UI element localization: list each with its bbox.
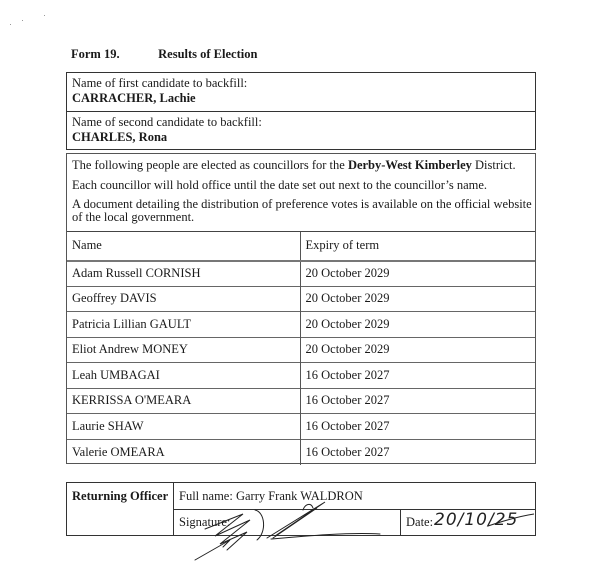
backfill-candidates-box: Name of first candidate to backfill: CAR… (66, 72, 536, 150)
second-backfill-candidate: Name of second candidate to backfill: CH… (67, 111, 535, 149)
councillor-name: KERRISSA O'MEARA (67, 388, 300, 414)
returning-officer-label: Returning Officer (67, 483, 174, 535)
first-backfill-candidate: Name of first candidate to backfill: CAR… (67, 73, 535, 111)
signature-scribble-icon (175, 492, 395, 562)
expiry-date: 20 October 2029 (300, 261, 535, 287)
table-row: Valerie OMEARA16 October 2027 (67, 439, 535, 465)
councillor-name: Laurie SHAW (67, 414, 300, 440)
councillor-name: Geoffrey DAVIS (67, 286, 300, 312)
councillor-name: Valerie OMEARA (67, 439, 300, 465)
councillor-name: Patricia Lillian GAULT (67, 312, 300, 338)
councillor-name: Leah UMBAGAI (67, 363, 300, 389)
scan-speck (22, 20, 23, 21)
district-name: Derby-West Kimberley (348, 158, 472, 172)
table-row: Laurie SHAW16 October 2027 (67, 414, 535, 440)
expiry-date: 20 October 2029 (300, 312, 535, 338)
intro-line-2: Each councillor will hold office until t… (72, 178, 535, 193)
first-candidate-name: CARRACHER, Lachie (72, 91, 535, 106)
date-label: Date: (406, 515, 433, 529)
results-intro: The following people are elected as coun… (67, 154, 535, 231)
expiry-date: 20 October 2029 (300, 286, 535, 312)
header-expiry: Expiry of term (300, 232, 535, 261)
table-header-row: Name Expiry of term (67, 232, 535, 261)
expiry-date: 20 October 2029 (300, 337, 535, 363)
table-row: Leah UMBAGAI16 October 2027 (67, 363, 535, 389)
expiry-date: 16 October 2027 (300, 363, 535, 389)
expiry-date: 16 October 2027 (300, 388, 535, 414)
form-header: Form 19. Results of Election (71, 47, 257, 62)
second-candidate-label: Name of second candidate to backfill: (72, 115, 535, 130)
second-candidate-name: CHARLES, Rona (72, 130, 535, 145)
councillor-name: Adam Russell CORNISH (67, 261, 300, 287)
election-results-box: The following people are elected as coun… (66, 153, 536, 464)
form-number: Form 19. (71, 47, 155, 62)
date-flourish-icon (486, 508, 536, 532)
table-row: Geoffrey DAVIS20 October 2029 (67, 286, 535, 312)
expiry-date: 16 October 2027 (300, 414, 535, 440)
first-candidate-label: Name of first candidate to backfill: (72, 76, 535, 91)
header-name: Name (67, 232, 300, 261)
intro-line-1: The following people are elected as coun… (72, 158, 535, 173)
scan-speck (10, 24, 11, 25)
table-row: Eliot Andrew MONEY20 October 2029 (67, 337, 535, 363)
table-row: Patricia Lillian GAULT20 October 2029 (67, 312, 535, 338)
table-row: Adam Russell CORNISH20 October 2029 (67, 261, 535, 287)
form-title: Results of Election (158, 47, 257, 61)
councillor-name: Eliot Andrew MONEY (67, 337, 300, 363)
councillors-table: Name Expiry of term Adam Russell CORNISH… (67, 231, 535, 465)
intro-line-1-prefix: The following people are elected as coun… (72, 158, 348, 172)
scan-speck (44, 15, 45, 16)
expiry-date: 16 October 2027 (300, 439, 535, 465)
intro-line-3: A document detailing the distribution of… (72, 198, 535, 224)
intro-line-1-suffix: District. (472, 158, 516, 172)
table-row: KERRISSA O'MEARA16 October 2027 (67, 388, 535, 414)
